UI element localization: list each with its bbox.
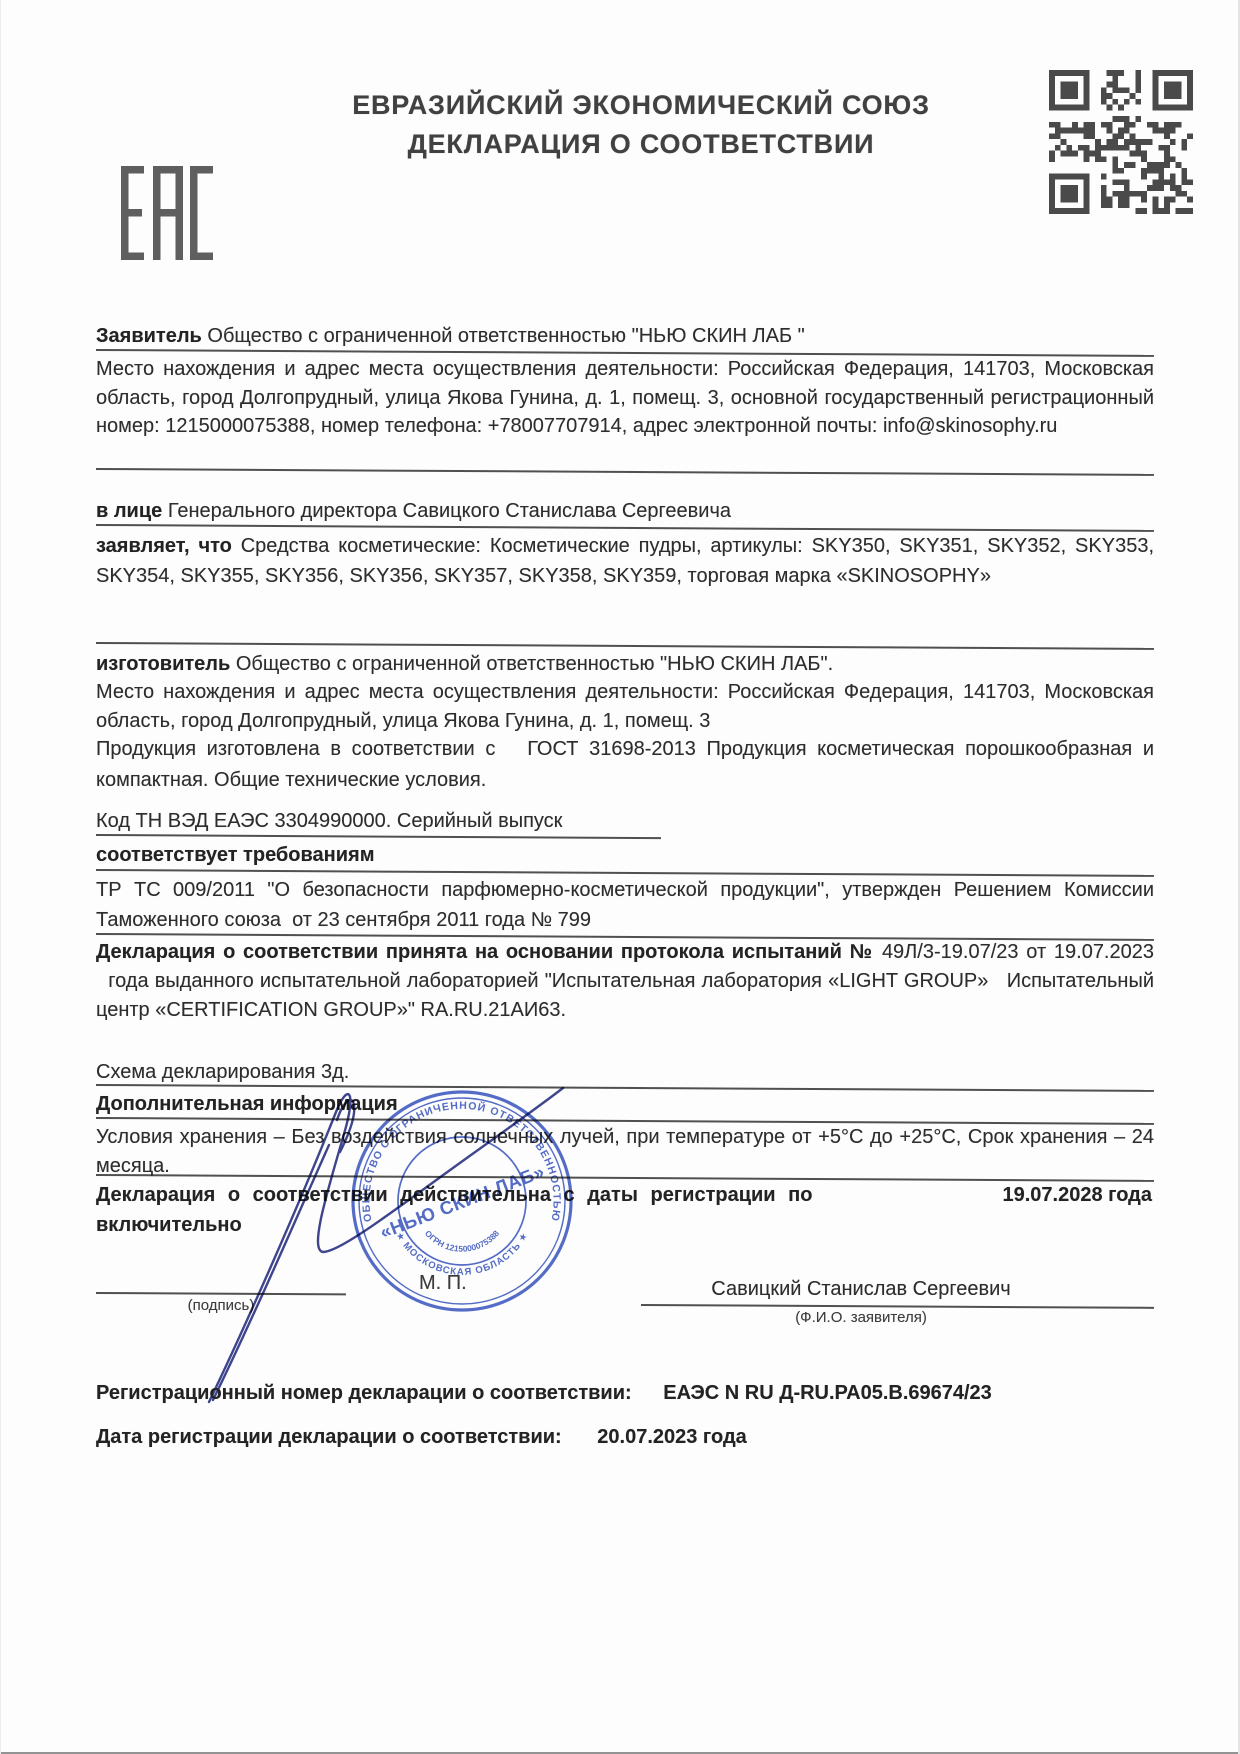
eac-logo-icon	[121, 166, 213, 260]
compliance-text: ТР ТС 009/2011 "О безопасности парфюмерн…	[96, 875, 1154, 935]
declares-text: Средства косметические: Косметические пу…	[96, 535, 1154, 587]
applicant-label: Заявитель	[96, 325, 202, 347]
representative-text: Генерального директора Савицкого Станисл…	[168, 500, 731, 522]
compliance-label: соответствует требованиям	[96, 840, 1154, 870]
manufacturer-label: изготовитель	[96, 653, 230, 675]
title-line-1: ЕВРАЗИЙСКИЙ ЭКОНОМИЧЕСКИЙ СОЮЗ	[116, 86, 1166, 125]
holder-name: Савицкий Станислав Сергеевич	[641, 1274, 1081, 1304]
representative-row: в лице Генерального директора Савицкого …	[96, 496, 1154, 526]
basis-label: Декларация о соответствии принята на осн…	[96, 941, 874, 963]
qr-code	[1049, 70, 1193, 214]
registration-number-value: ЕАЭС N RU Д-RU.РА05.В.69674/23	[663, 1382, 992, 1404]
manufacturer-details: Место нахождения и адрес места осуществл…	[96, 678, 1154, 735]
handwritten-signature	[151, 1050, 631, 1430]
tnved-code: Код ТН ВЭД ЕАЭС 3304990000. Серийный вып…	[96, 806, 1154, 836]
document-title: ЕВРАЗИЙСКИЙ ЭКОНОМИЧЕСКИЙ СОЮЗ ДЕКЛАРАЦИ…	[116, 86, 1166, 164]
registration-date-row: Дата регистрации декларации о соответств…	[96, 1422, 1196, 1452]
holder-name-line	[641, 1304, 1154, 1308]
registration-number-row: Регистрационный номер декларации о соотв…	[96, 1378, 1196, 1408]
applicant-row: Заявитель Общество с ограниченной ответс…	[96, 321, 1154, 351]
applicant-name: Общество с ограниченной ответственностью…	[207, 325, 804, 347]
basis-paragraph: Декларация о соответствии принята на осн…	[96, 938, 1154, 1025]
divider	[96, 468, 1154, 476]
registration-date-value: 20.07.2023 года	[597, 1426, 747, 1448]
registration-number-label: Регистрационный номер декларации о соотв…	[96, 1382, 632, 1404]
registration-date-label: Дата регистрации декларации о соответств…	[96, 1426, 562, 1448]
title-line-2: ДЕКЛАРАЦИЯ О СООТВЕТСТВИИ	[116, 125, 1166, 164]
manufacturer-row: изготовитель Общество с ограниченной отв…	[96, 649, 1154, 679]
holder-caption: (Ф.И.О. заявителя)	[746, 1309, 976, 1326]
production-standard: Продукция изготовлена в соответствии с Г…	[96, 734, 1154, 796]
declares-paragraph: заявляет, что Средства косметические: Ко…	[96, 531, 1154, 591]
applicant-details: Место нахождения и адрес места осуществл…	[96, 355, 1154, 441]
representative-label: в лице	[96, 500, 162, 522]
manufacturer-name: Общество с ограниченной ответственностью…	[236, 653, 833, 675]
declaration-document: ЕВРАЗИЙСКИЙ ЭКОНОМИЧЕСКИЙ СОЮЗ ДЕКЛАРАЦИ…	[0, 0, 1240, 1754]
validity-date: 19.07.2028 года	[1003, 1180, 1153, 1210]
declares-label: заявляет, что	[96, 535, 232, 557]
